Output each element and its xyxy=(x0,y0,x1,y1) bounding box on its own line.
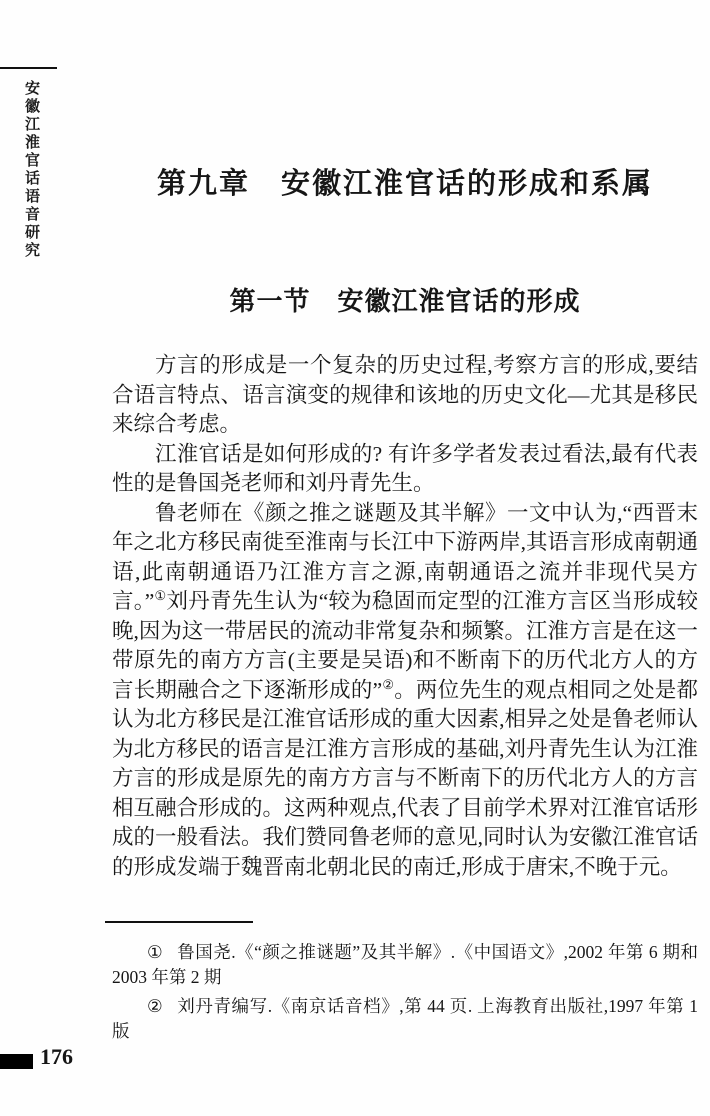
paragraph-1: 方言的形成是一个复杂的历史过程,考察方言的形成,要结合语言特点、语言演变的规律和… xyxy=(112,351,698,440)
page-number-bar xyxy=(0,1054,33,1069)
footnotes: ①鲁国尧.《“颜之推谜题”及其半解》.《中国语文》,2002 年第 6 期和 2… xyxy=(112,940,698,1043)
section-title: 第一节 安徽江淮官话的形成 xyxy=(112,281,698,318)
paragraph-2: 江淮官话是如何形成的? 有许多学者发表过看法,最有代表性的是鲁国尧老师和刘丹青先… xyxy=(112,440,698,499)
footnote-1-marker: ① xyxy=(147,942,163,962)
sidebar-vertical-title: 安徽江淮官话语音研究 xyxy=(21,80,42,260)
footnote-divider xyxy=(105,921,253,923)
footnote-2: ②刘丹青编写.《南京话音档》,第 44 页. 上海教育出版社,1997 年第 1… xyxy=(112,994,698,1043)
body-text: 方言的形成是一个复杂的历史过程,考察方言的形成,要结合语言特点、语言演变的规律和… xyxy=(112,351,698,882)
paragraph-3: 鲁老师在《颜之推之谜题及其半解》一文中认为,“西晋末年之北方移民南徙至淮南与长江… xyxy=(112,499,698,883)
book-page: 安徽江淮官话语音研究 第九章 安徽江淮官话的形成和系属 第一节 安徽江淮官话的形… xyxy=(0,0,710,1116)
footnote-2-text: 刘丹青编写.《南京话音档》,第 44 页. 上海教育出版社,1997 年第 1 … xyxy=(112,996,698,1041)
footnote-ref-1: ① xyxy=(154,588,166,603)
chapter-title: 第九章 安徽江淮官话的形成和系属 xyxy=(112,161,698,202)
footnote-1: ①鲁国尧.《“颜之推谜题”及其半解》.《中国语文》,2002 年第 6 期和 2… xyxy=(112,940,698,989)
footnote-1-text: 鲁国尧.《“颜之推谜题”及其半解》.《中国语文》,2002 年第 6 期和 20… xyxy=(112,942,698,987)
paragraph-3-text-3: 。两位先生的观点相同之处是都认为北方移民是江淮官话形成的重大因素,相异之处是鲁老… xyxy=(112,678,698,879)
page-number: 176 xyxy=(40,1044,73,1070)
footnote-2-marker: ② xyxy=(147,996,163,1016)
sidebar-divider xyxy=(0,67,57,69)
footnote-ref-2: ② xyxy=(382,676,394,691)
